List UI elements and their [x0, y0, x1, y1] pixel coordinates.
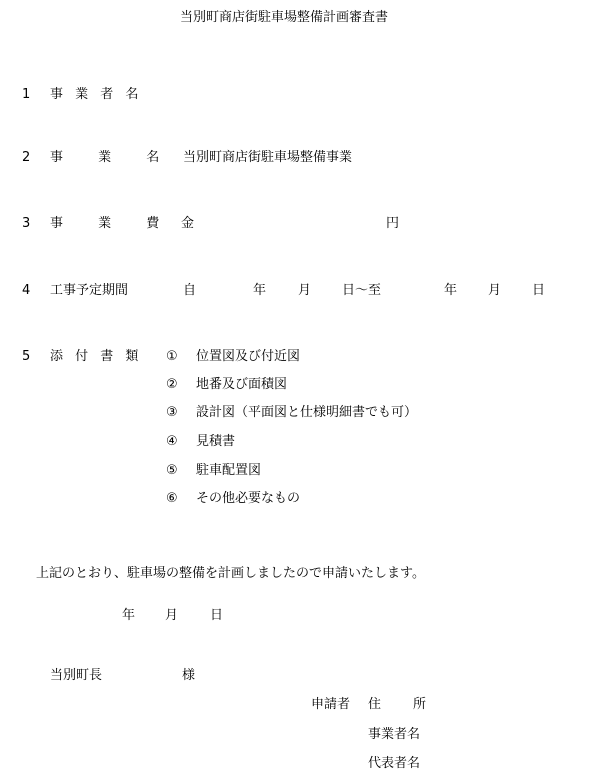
item-5-number: 5 — [22, 349, 30, 365]
item-1-label: 事 業 者 名 — [50, 87, 142, 103]
item-5-label: 添 付 書 類 — [50, 349, 142, 365]
address-label-2: 所 — [413, 697, 426, 713]
item-3-number: 3 — [22, 216, 30, 232]
attachment-text: 見積書 — [196, 434, 235, 450]
period-year-1: 年 — [253, 283, 266, 299]
item-3-label: 事 業 費 — [50, 216, 165, 232]
attachment-mark: ④ — [166, 434, 178, 450]
item-4-number: 4 — [22, 283, 30, 299]
date-month: 月 — [165, 608, 178, 624]
attachment-mark: ③ — [166, 405, 178, 421]
applicant-label: 申請者 — [311, 697, 350, 713]
attachment-text: その他必要なもの — [196, 491, 300, 507]
addressee-honorific: 様 — [182, 668, 195, 684]
attachment-text: 駐車配置図 — [196, 463, 261, 479]
cost-suffix: 円 — [386, 216, 399, 232]
representative-label: 代表者名 — [368, 756, 420, 772]
cost-prefix: 金 — [181, 216, 194, 232]
item-2-value: 当別町商店街駐車場整備事業 — [183, 150, 352, 166]
item-4-label: 工事予定期間 — [50, 283, 128, 299]
attachment-text: 位置図及び付近図 — [196, 349, 300, 365]
attachment-text: 地番及び面積図 — [196, 377, 287, 393]
period-day-1-to: 日～至 — [342, 283, 381, 299]
attachment-mark: ② — [166, 377, 178, 393]
date-year: 年 — [122, 608, 135, 624]
item-1-number: 1 — [22, 87, 30, 103]
period-month-1: 月 — [298, 283, 311, 299]
attachment-mark: ⑤ — [166, 463, 178, 479]
item-2-number: 2 — [22, 150, 30, 166]
period-month-2: 月 — [488, 283, 501, 299]
document-title: 当別町商店街駐車場整備計画審査書 — [180, 10, 388, 26]
period-from: 自 — [183, 283, 196, 299]
date-day: 日 — [210, 608, 223, 624]
statement: 上記のとおり、駐車場の整備を計画しましたので申請いたします。 — [36, 566, 425, 582]
attachment-text: 設計図（平面図と仕様明細書でも可） — [196, 405, 417, 421]
address-label-1: 住 — [368, 697, 381, 713]
addressee-name: 当別町長 — [50, 668, 102, 684]
item-2-label: 事 業 名 — [50, 150, 165, 166]
attachment-mark: ⑥ — [166, 491, 178, 507]
business-name-label: 事業者名 — [368, 727, 420, 743]
attachment-mark: ① — [166, 349, 178, 365]
period-year-2: 年 — [444, 283, 457, 299]
period-day-2: 日 — [532, 283, 545, 299]
